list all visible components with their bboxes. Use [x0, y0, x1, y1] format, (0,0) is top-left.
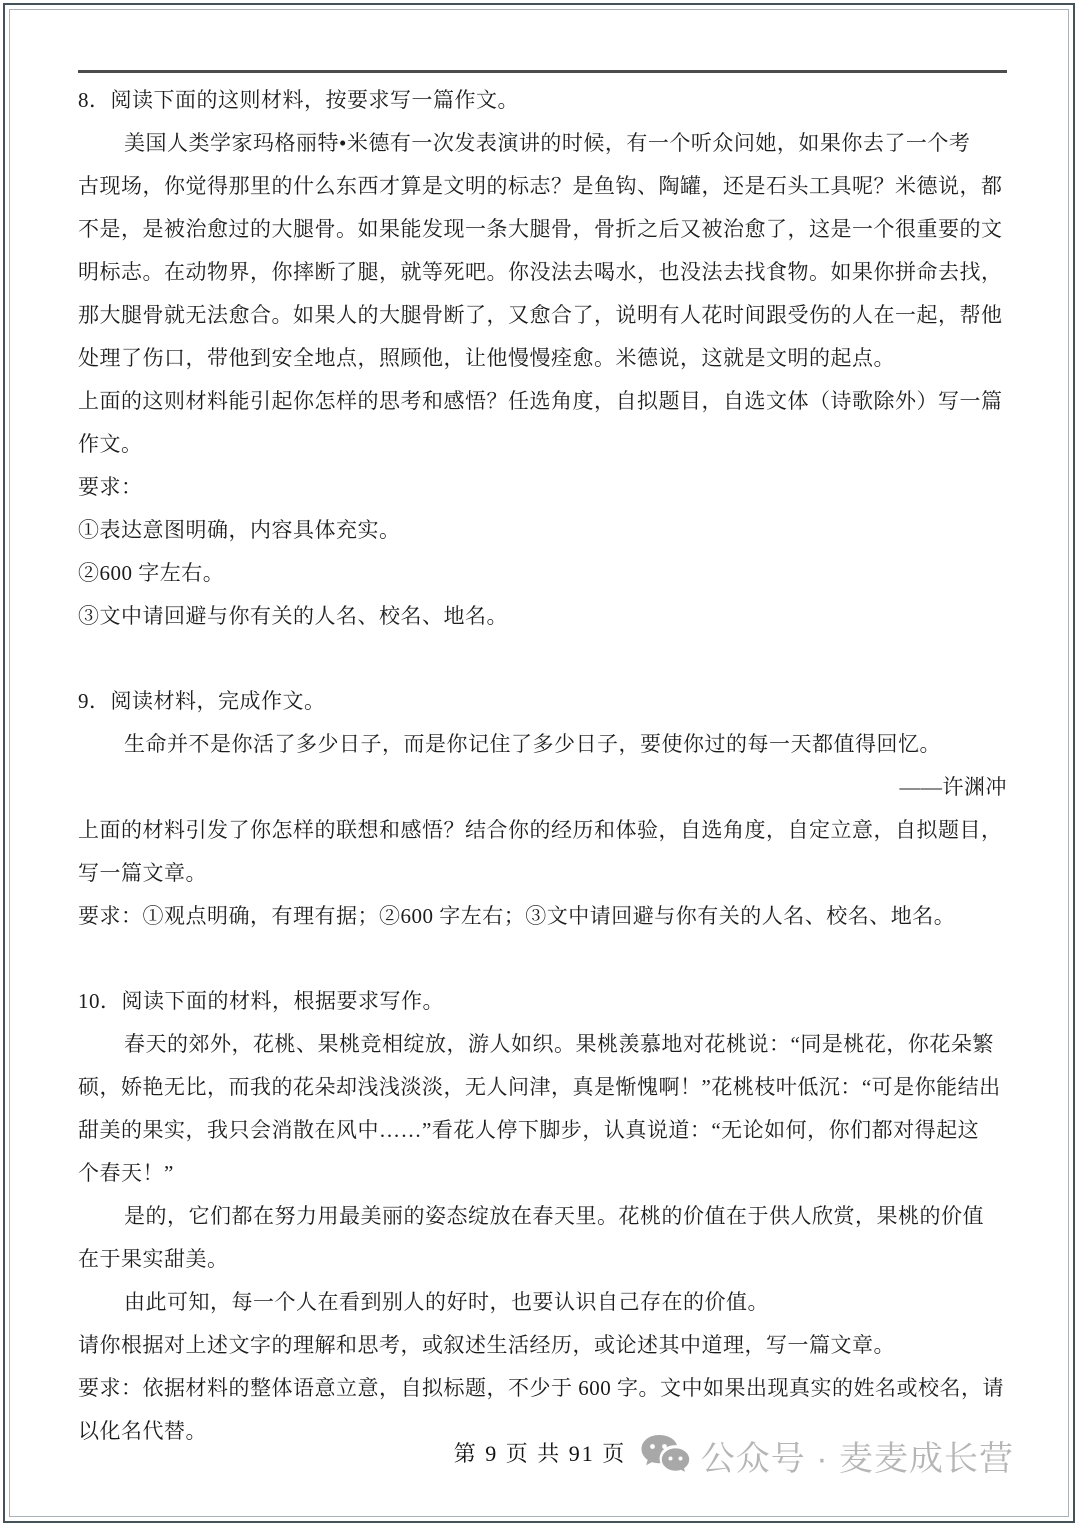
text-line: 上面的这则材料能引起你怎样的思考和感悟？任选角度，自拟题目，自选文体（诗歌除外）…	[78, 380, 1007, 423]
text-line: 春天的郊外，花桃、果桃竞相绽放，游人如织。果桃羡慕地对花桃说：“同是桃花，你花朵…	[78, 1023, 1007, 1066]
text-line: ②600 字左右。	[78, 552, 1007, 595]
text-line: 上面的材料引发了你怎样的联想和感悟？结合你的经历和体验，自选角度，自定立意，自拟…	[78, 809, 1007, 852]
section-gap	[78, 938, 1007, 980]
text-line: 作文。	[78, 423, 1007, 466]
text-line: 美国人类学家玛格丽特•米德有一次发表演讲的时候，有一个听众问她，如果你去了一个考	[78, 122, 1007, 165]
text-line: 要求：依据材料的整体语意立意，自拟标题，不少于 600 字。文中如果出现真实的姓…	[78, 1367, 1007, 1410]
text-line: 在于果实甜美。	[78, 1238, 1007, 1281]
document-page: 8．阅读下面的这则材料，按要求写一篇作文。 美国人类学家玛格丽特•米德有一次发表…	[0, 0, 1080, 1527]
text-line: 个春天！”	[78, 1152, 1007, 1195]
watermark: 公众号 · 麦麦成长营	[639, 1431, 1014, 1480]
text-line: 古现场，你觉得那里的什么东西才算是文明的标志？是鱼钩、陶罐，还是石头工具呢？米德…	[78, 165, 1007, 208]
text-line: 硕，娇艳无比，而我的花朵却浅浅淡淡，无人问津，真是惭愧啊！”花桃枝叶低沉：“可是…	[78, 1066, 1007, 1109]
page-footer: 第 9 页 共 91 页 公众号 · 麦麦成长营	[0, 1431, 1080, 1497]
question-8: 8．阅读下面的这则材料，按要求写一篇作文。 美国人类学家玛格丽特•米德有一次发表…	[78, 79, 1007, 638]
question-8-heading: 8．阅读下面的这则材料，按要求写一篇作文。	[78, 79, 1007, 122]
question-9: 9．阅读材料，完成作文。 生命并不是你活了多少日子，而是你记住了多少日子，要使你…	[78, 680, 1007, 938]
text-line: 是的，它们都在努力用最美丽的姿态绽放在春天里。花桃的价值在于供人欣赏，果桃的价值	[78, 1195, 1007, 1238]
text-line: 甜美的果实，我只会消散在风中……”看花人停下脚步，认真说道：“无论如何，你们都对…	[78, 1109, 1007, 1152]
watermark-text: 公众号 · 麦麦成长营	[701, 1431, 1014, 1480]
text-line: ③文中请回避与你有关的人名、校名、地名。	[78, 595, 1007, 638]
top-rule	[78, 70, 1007, 73]
text-line: 要求：	[78, 466, 1007, 509]
page-content: 8．阅读下面的这则材料，按要求写一篇作文。 美国人类学家玛格丽特•米德有一次发表…	[78, 70, 1007, 1453]
text-line: 要求：①观点明确，有理有据；②600 字左右；③文中请回避与你有关的人名、校名、…	[78, 895, 1007, 938]
text-line: ①表达意图明确，内容具体充实。	[78, 509, 1007, 552]
text-line: 请你根据对上述文字的理解和思考，或叙述生活经历，或论述其中道理，写一篇文章。	[78, 1324, 1007, 1367]
text-line: 处理了伤口，带他到安全地点，照顾他，让他慢慢痊愈。米德说，这就是文明的起点。	[78, 337, 1007, 380]
text-line: 由此可知，每一个人在看到别人的好时，也要认识自己存在的价值。	[78, 1281, 1007, 1324]
question-9-heading: 9．阅读材料，完成作文。	[78, 680, 1007, 723]
question-10-heading: 10．阅读下面的材料，根据要求写作。	[78, 980, 1007, 1023]
attribution-line: ——许渊冲	[78, 766, 1007, 809]
text-line: 写一篇文章。	[78, 852, 1007, 895]
question-10: 10．阅读下面的材料，根据要求写作。 春天的郊外，花桃、果桃竞相绽放，游人如织。…	[78, 980, 1007, 1453]
text-line: 生命并不是你活了多少日子，而是你记住了多少日子，要使你过的每一天都值得回忆。	[78, 723, 1007, 766]
text-line: 不是，是被治愈过的大腿骨。如果能发现一条大腿骨，骨折之后又被治愈了，这是一个很重…	[78, 208, 1007, 251]
wechat-icon	[639, 1433, 691, 1479]
text-line: 那大腿骨就无法愈合。如果人的大腿骨断了，又愈合了，说明有人花时间跟受伤的人在一起…	[78, 294, 1007, 337]
text-line: 明标志。在动物界，你摔断了腿，就等死吧。你没法去喝水，也没法去找食物。如果你拼命…	[78, 251, 1007, 294]
section-gap	[78, 638, 1007, 680]
